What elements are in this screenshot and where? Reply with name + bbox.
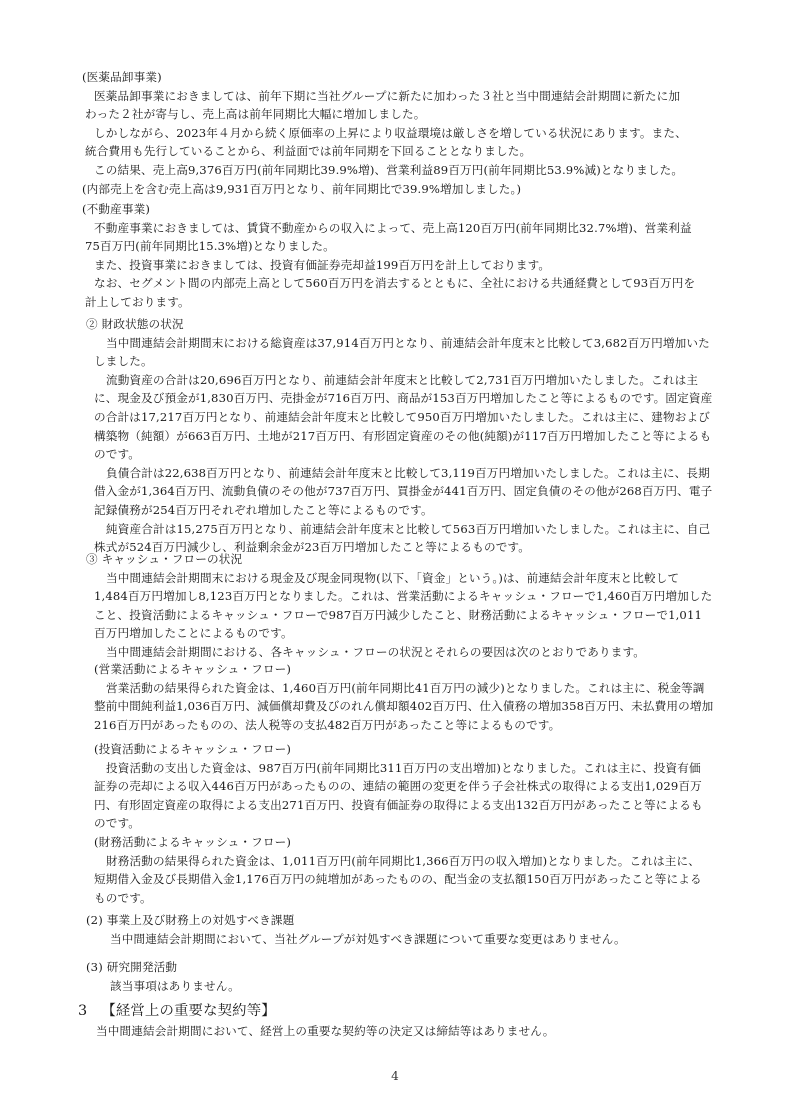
paragraph-line: この結果、売上高9,376百万円(前年同期比39.9%増)、営業利益89百万円(… <box>82 161 722 180</box>
subsection-heading: ③ キャッシュ・フローの状況 <box>86 550 726 569</box>
paragraph-line: 統合費用も先行していることから、利益面では前年同期を下回ることとなりました。 <box>82 142 722 161</box>
paragraph-line: また、投資事業におきましては、投資有価証券売却益199百万円を計上しております。 <box>82 256 722 275</box>
paragraph-line: 医薬品卸事業におきましては、前年下期に当社グループに新たに加わった３社と当中間連… <box>82 87 722 106</box>
paragraph-line: わった２社が寄与し、売上高は前年同期比大幅に増加しました。 <box>82 105 722 124</box>
section-issues-to-address: (2) 事業上及び財務上の対処すべき課題 当中間連結会計期間において、当社グルー… <box>86 911 726 948</box>
section-title: 【経営上の重要な契約等】 <box>101 1003 276 1019</box>
paragraph-line: 投資活動の支出した資金は、987百万円(前年同期比311百万円の支出増加)となり… <box>94 759 734 778</box>
paragraph-line: 借入金が1,364百万円、流動負債のその他が737百万円、買掛金が441百万円、… <box>86 482 726 501</box>
paragraph-line: に、現金及び預金が1,830百万円、売掛金が716百万円、商品が153百万円増加… <box>86 389 726 408</box>
subsection-heading: (医薬品卸事業) <box>82 68 722 87</box>
paragraph-line: の合計は17,217百万円となり、前連結会計年度末と比較して950百万円増加いた… <box>86 408 726 427</box>
subsection-heading: (財務活動によるキャッシュ・フロー) <box>94 833 734 852</box>
paragraph-line: 当中間連結会計期間末における総資産は37,914百万円となり、前連結会計年度末と… <box>86 334 726 353</box>
subsection-heading: (営業活動によるキャッシュ・フロー) <box>94 660 734 679</box>
section-cash-flow: ③ キャッシュ・フローの状況 当中間連結会計期間末における現金及び現金同現物(以… <box>86 550 726 662</box>
paragraph-line: 当中間連結会計期間末における現金及び現金同現物(以下、「資金」という。)は、前連… <box>86 569 726 588</box>
paragraph-line: しかしながら、2023年４月から続く原価率の上昇により収益環境は厳しさを増してい… <box>82 124 722 143</box>
section-heading: 3【経営上の重要な契約等】 <box>78 1000 718 1022</box>
section-important-contracts: 3【経営上の重要な契約等】 当中間連結会計期間において、経営上の重要な契約等の決… <box>78 1000 718 1041</box>
paragraph-line: 記録債務が254百万円それぞれ増加したこと等によるものです。 <box>86 501 726 520</box>
paragraph-line: 短期借入金及び長期借入金1,176百万円の純増加があったものの、配当金の支払額1… <box>94 870 734 889</box>
subsection-heading: ② 財政状態の状況 <box>86 315 726 334</box>
subsection-heading: (3) 研究開発活動 <box>86 958 726 977</box>
paragraph-line: 流動資産の合計は20,696百万円となり、前連結会計年度末と比較して2,731百… <box>86 371 726 390</box>
subsection-heading: (不動産事業) <box>82 200 722 219</box>
document-page: (医薬品卸事業) 医薬品卸事業におきましては、前年下期に当社グループに新たに加わ… <box>0 0 790 1118</box>
paragraph-line: 当中間連結会計期間において、経営上の重要な契約等の決定又は締結等はありません。 <box>78 1022 718 1041</box>
paragraph-line: 純資産合計は15,275百万円となり、前連結会計年度末と比較して563百万円増加… <box>86 520 726 539</box>
paragraph-line: 1,484百万円増加し8,123百万円となりました。これは、営業活動によるキャッ… <box>86 587 726 606</box>
paragraph-line: 負債合計は22,638百万円となり、前連結会計年度末と比較して3,119百万円増… <box>86 464 726 483</box>
section-real-estate: (不動産事業) 不動産事業におきましては、賃貸不動産からの収入によって、売上高1… <box>82 200 722 312</box>
paragraph-line: こと、投資活動によるキャッシュ・フローで987百万円減少したこと、財務活動による… <box>86 606 726 625</box>
paragraph-line: 円、有形固定資産の取得による支出271百万円、投資有価証券の取得による支出132… <box>94 796 734 815</box>
section-operating-cash-flow: (営業活動によるキャッシュ・フロー) 営業活動の結果得られた資金は、1,460百… <box>94 660 734 734</box>
paragraph-line: 216百万円があったものの、法人税等の支払482百万円があったこと等によるもので… <box>94 716 734 735</box>
paragraph-line: 当中間連結会計期間において、当社グループが対処すべき課題について重要な変更はあり… <box>86 930 726 949</box>
paragraph-line: 計上しております。 <box>82 293 722 312</box>
paragraph-line: のです。 <box>86 445 726 464</box>
subsection-heading: (2) 事業上及び財務上の対処すべき課題 <box>86 911 726 930</box>
paragraph-line: のです。 <box>94 814 734 833</box>
paragraph-line: 不動産事業におきましては、賃貸不動産からの収入によって、売上高120百万円(前年… <box>82 219 722 238</box>
paragraph-line: (内部売上を含む売上高は9,931百万円となり、前年同期比で39.9%増加しまし… <box>82 180 722 199</box>
page-number: 4 <box>0 1069 790 1083</box>
paragraph-line: 財務活動の結果得られた資金は、1,011百万円(前年同期比1,366百万円の収入… <box>94 852 734 871</box>
section-research-development: (3) 研究開発活動 該当事項はありません。 <box>86 958 726 995</box>
paragraph-line: 証券の売却による収入446百万円があったものの、連結の範囲の変更を伴う子会社株式… <box>94 777 734 796</box>
paragraph-line: 該当事項はありません。 <box>86 977 726 996</box>
section-financing-cash-flow: (財務活動によるキャッシュ・フロー) 財務活動の結果得られた資金は、1,011百… <box>94 833 734 907</box>
paragraph-line: しました。 <box>86 352 726 371</box>
section-pharma-wholesale: (医薬品卸事業) 医薬品卸事業におきましては、前年下期に当社グループに新たに加わ… <box>82 68 722 198</box>
paragraph-line: 営業活動の結果得られた資金は、1,460百万円(前年同期比41百万円の減少)とな… <box>94 679 734 698</box>
paragraph-line: 構築物（純額）が663百万円、土地が217百万円、有形固定資産のその他(純額)が… <box>86 427 726 446</box>
paragraph-line: 当中間連結会計期間における、各キャッシュ・フローの状況とそれらの要因は次のとおり… <box>86 643 726 662</box>
subsection-heading: (投資活動によるキャッシュ・フロー) <box>94 740 734 759</box>
section-financial-position: ② 財政状態の状況 当中間連結会計期間末における総資産は37,914百万円となり… <box>86 315 726 557</box>
paragraph-line: なお、セグメント間の内部売上高として560百万円を消去するとともに、全社における… <box>82 274 722 293</box>
section-investing-cash-flow: (投資活動によるキャッシュ・フロー) 投資活動の支出した資金は、987百万円(前… <box>94 740 734 833</box>
section-number: 3 <box>78 1003 87 1019</box>
paragraph-line: 整前中間純利益1,036百万円、減価償却費及びのれん償却額402百万円、仕入債務… <box>94 697 734 716</box>
paragraph-line: 百万円増加したことによるものです。 <box>86 624 726 643</box>
paragraph-line: ものです。 <box>94 889 734 908</box>
paragraph-line: 75百万円(前年同期比15.3%増)となりました。 <box>82 237 722 256</box>
